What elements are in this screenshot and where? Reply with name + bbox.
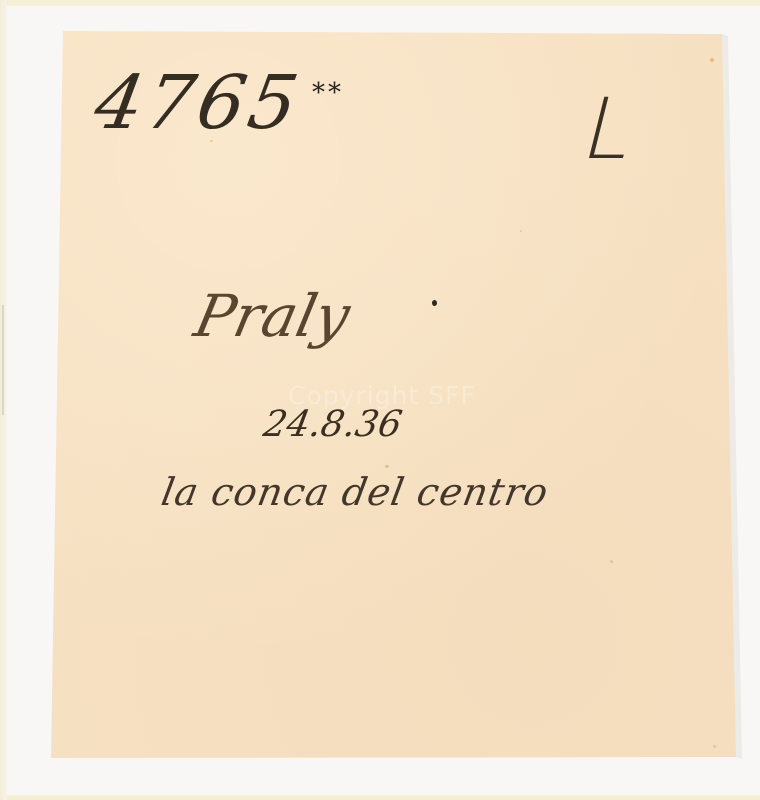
catalog-number: 4765 — [88, 60, 307, 146]
locality-name: Praly — [189, 282, 356, 350]
habitat-description: la conca del centro — [158, 470, 552, 514]
catalog-asterisks: ** — [312, 78, 344, 108]
paper-fleck — [520, 230, 522, 232]
collection-date: 24.8.36 — [260, 404, 405, 445]
paper-fleck — [713, 745, 716, 748]
paper-fleck — [610, 560, 613, 563]
top-edge-strip — [0, 0, 760, 6]
bottom-edge-strip — [0, 795, 760, 800]
paper-fleck — [710, 58, 714, 62]
left-edge-mark — [2, 305, 4, 415]
paper-fleck — [385, 465, 389, 468]
ink-dot — [432, 300, 437, 306]
